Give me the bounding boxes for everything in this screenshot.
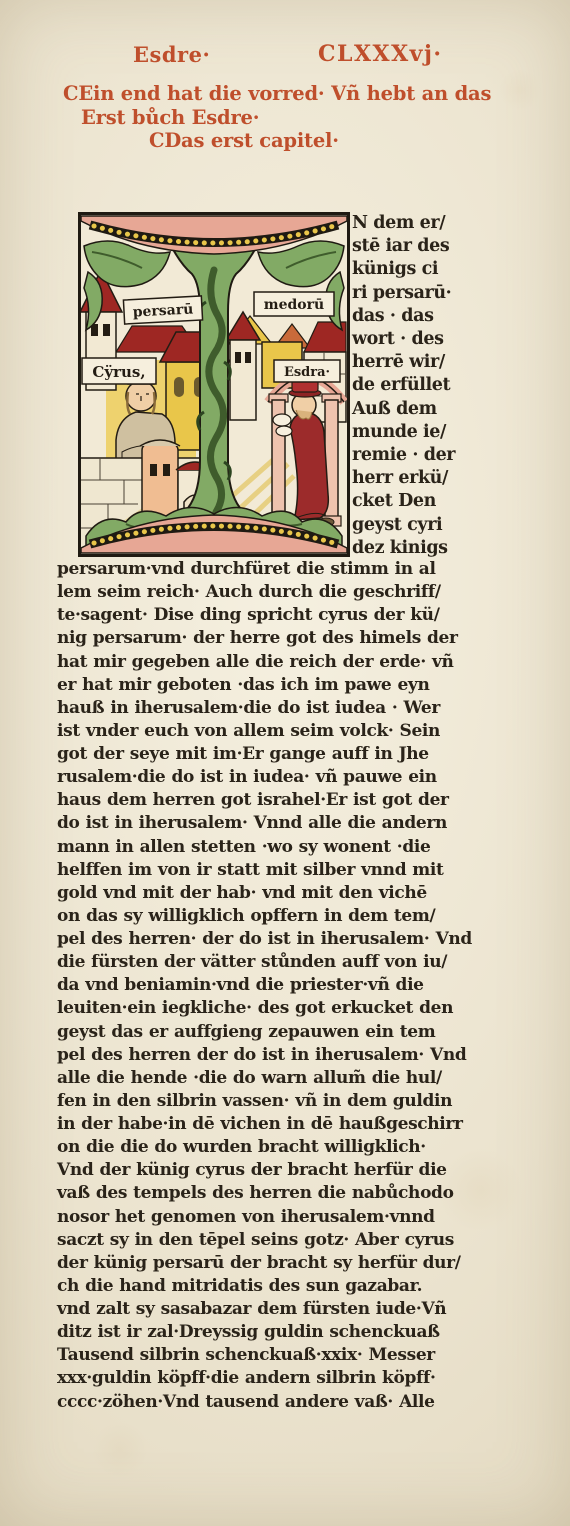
text-line: die fürsten der vätter stůnden auff von … [57,951,471,974]
text-line: fen in den silbrin vassen· vñ in dem gul… [57,1090,471,1113]
body-text: persarum·vnd durchfüret die stimm in all… [57,558,471,1414]
king-scroll: Cÿrus, [82,358,156,384]
text-line: Tausend silbrin schenckuaß·xxix· Messer [57,1344,471,1367]
text-line: ch die hand mitridatis des sun gazabar. [57,1275,471,1298]
folio-number: CLXXXvj· [318,41,443,67]
text-line: gold vnd mit der hab· vnd mit den vichē [57,882,471,905]
text-line: hauß in iherusalem·die do ist iudea · We… [57,697,471,720]
text-line: cket Den [352,490,474,513]
opening-column: N dem er/stē iar deskünigs ciri persarū·… [352,212,474,560]
text-line: künigs ci [352,258,474,281]
king-scroll-label: Cÿrus, [92,363,145,381]
right-banner-label: medorū [264,297,324,313]
esdra-tablet: Esdra· [274,360,340,382]
text-line: das · das [352,305,474,328]
text-line: pel des herren der do ist in iherusalem·… [57,1044,471,1067]
text-line: vnd zalt sy sasabazar dem fürsten iude·V… [57,1298,471,1321]
text-line: cccc·zöhen·Vnd tausend andere vaß· Alle [57,1391,471,1414]
text-line: ri persarū· [352,282,474,305]
text-line: xxx·guldin köpff·die andern silbrin köpf… [57,1367,471,1390]
text-line: alle die hende ·die do warn allum̃ die h… [57,1067,471,1090]
text-line: de erfüllet [352,374,474,397]
text-line: dez kinigs [352,537,474,560]
text-line: saczt sy in den tēpel seins gotz· Aber c… [57,1229,471,1252]
right-banner: medorū [254,292,334,316]
text-line: nosor het genomen von iherusalem·vnnd [57,1206,471,1229]
text-line: on das sy willigklich opffern in dem tem… [57,905,471,928]
left-banner-label: persarū [132,301,193,320]
text-line: ist vnder euch von allem seim volck· Sei… [57,720,471,743]
text-line: lem seim reich· Auch durch die geschriff… [57,581,471,604]
text-line: Auß dem [352,398,474,421]
text-line: haus dem herren got israhel·Er ist got d… [57,789,471,812]
text-line: herr erkü/ [352,467,474,490]
rubric-line-2: Erst bůch Esdre· [81,106,493,130]
text-line: stē iar des [352,235,474,258]
text-line: te·sagent· Dise ding spricht cyrus der k… [57,604,471,627]
text-line: nig persarum· der herre got des himels d… [57,627,471,650]
text-line: munde ie/ [352,421,474,444]
text-line: herrē wir/ [352,351,474,374]
text-line: wort · des [352,328,474,351]
text-line: vaß des tempels des herren die nabůchodo [57,1182,471,1205]
woodcut-initial-i: persarū medorū Cÿrus, Esdra· [78,212,350,557]
text-line: der künig persarū der bracht sy herfür d… [57,1252,471,1275]
text-line: got der seye mit im·Er gange auff in Jhe [57,743,471,766]
text-line: geyst das er auffgieng zepauwen ein tem [57,1021,471,1044]
text-line: pel des herren· der do ist in iherusalem… [57,928,471,951]
text-line: hat mir gegeben alle die reich der erde·… [57,651,471,674]
text-line: do ist in iherusalem· Vnnd alle die ande… [57,812,471,835]
esdra-tablet-label: Esdra· [284,365,330,380]
left-banner: persarū [123,296,202,324]
rubric: CEin end hat die vorred· Vñ hebt an das … [63,82,493,153]
text-line: Vnd der künig cyrus der bracht herfür di… [57,1159,471,1182]
text-line: mann in allen stetten ·wo sy wonent ·die [57,836,471,859]
text-line: in der habe·in dē vichen in dē haußgesch… [57,1113,471,1136]
text-line: N dem er/ [352,212,474,235]
rubric-line-3: CDas erst capitel· [149,129,493,153]
text-line: da vnd beniamin·vnd die priester·vñ die [57,974,471,997]
text-line: leuiten·ein iegkliche· des got erkucket … [57,997,471,1020]
running-title: Esdre· [133,42,210,67]
text-line: on die die do wurden bracht willigklich· [57,1136,471,1159]
text-line: ditz ist ir zal·Dreyssig guldin schencku… [57,1321,471,1344]
rubric-line-1: CEin end hat die vorred· Vñ hebt an das [63,82,493,106]
text-line: helffen im von ir statt mit silber vnnd … [57,859,471,882]
text-line: rusalem·die do ist in iudea· vñ pauwe ei… [57,766,471,789]
incunabulum-page: Esdre· CLXXXvj· CEin end hat die vorred·… [0,0,570,1526]
text-line: persarum·vnd durchfüret die stimm in al [57,558,471,581]
text-line: remie · der [352,444,474,467]
text-line: er hat mir geboten ·das ich im pawe eyn [57,674,471,697]
text-line: geyst cyri [352,514,474,537]
